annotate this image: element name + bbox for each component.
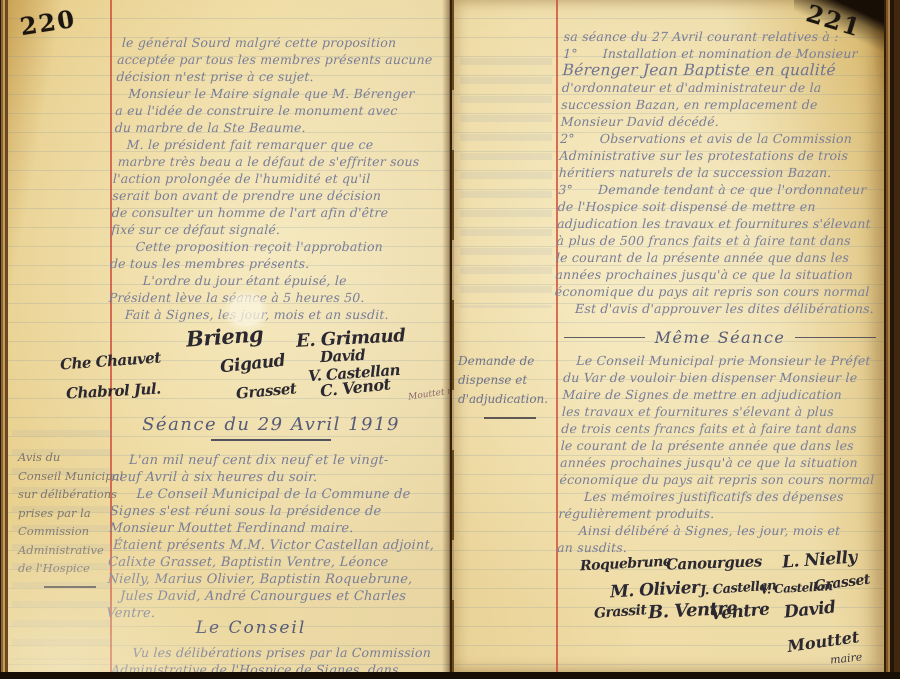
margin-note-line: Commission xyxy=(18,522,110,541)
margin-note-lines: Avis duConseil Municipalsur délibération… xyxy=(18,448,110,578)
margin-note-line: Administrative xyxy=(18,541,110,560)
manuscript-line: Monsieur le Maire signale que M. Bérenge… xyxy=(116,85,443,102)
signatures-left: BriengE. GrimaudChe ChauvetGigaudDavidV.… xyxy=(8,320,450,415)
manuscript-line: de consulter un homme de l'art afin d'êt… xyxy=(111,204,438,221)
heading-underline xyxy=(211,439,331,441)
signature: Grasset xyxy=(813,572,871,595)
manuscript-line: années prochaines jusqu'à ce que la situ… xyxy=(555,266,868,283)
signature: L. Nielly xyxy=(781,547,857,572)
manuscript-line: du Var de vouloir bien dispenser Monsieu… xyxy=(563,369,878,386)
manuscript-line: succession Bazan, en remplacement de xyxy=(561,96,874,113)
manuscript-line: années prochaines jusqu'à ce que la situ… xyxy=(560,454,875,471)
left-page-text-block-2: L'an mil neuf cent dix neuf et le vingt-… xyxy=(106,452,446,622)
manuscript-line: Calixte Grasset, Baptistin Ventre, Léonc… xyxy=(108,554,443,571)
manuscript-line: décision n'est prise à ce sujet. xyxy=(116,68,443,85)
signature: Roquebrune xyxy=(580,554,672,575)
manuscript-line: Vu les délibérations prises par la Commi… xyxy=(111,644,444,661)
folio-number-left: 220 xyxy=(18,4,78,41)
margin-note-lines: Demande dedispense etd'adjudication. xyxy=(458,352,558,409)
manuscript-line: serait bon avant de prendre une décision xyxy=(112,187,439,204)
manuscript-line: de trois cents francs faits et à faire t… xyxy=(561,420,876,437)
manuscript-line: Le Conseil Municipal de la Commune de xyxy=(110,486,445,503)
manuscript-line: Administrative sur les protestations de … xyxy=(559,147,872,164)
session-heading-text: Séance du 29 Avril 1919 xyxy=(142,414,400,435)
margin-note-line: Conseil Municipal xyxy=(18,467,110,486)
right-page-text-block-2: Le Conseil Municipal prie Monsieur le Pr… xyxy=(557,352,878,556)
signature: David xyxy=(783,597,836,622)
manuscript-line: de tous les membres présents. xyxy=(110,255,437,272)
manuscript-line: d'ordonnateur et d'administrateur de la xyxy=(562,79,875,96)
manuscript-line: les travaux et fournitures s'élevant à p… xyxy=(562,403,877,420)
manuscript-line: économique du pays ait repris son cours … xyxy=(555,283,868,300)
page-right: 221 sa séance du 27 Avril courant relati… xyxy=(452,0,884,672)
manuscript-line: Nielly, Marius Olivier, Baptistin Roqueb… xyxy=(107,571,442,588)
margin-note-line: Avis du xyxy=(18,448,110,467)
signature: Chabrol Jul. xyxy=(66,380,162,403)
manuscript-line: Monsieur David décédé. xyxy=(560,113,873,130)
manuscript-line: de l'Hospice soit dispensé de mettre en xyxy=(557,198,870,215)
manuscript-line: fixé sur ce défaut signalé. xyxy=(111,221,438,238)
manuscript-line: Cette proposition reçoit l'approbation xyxy=(110,238,437,255)
signature: Gigaud xyxy=(219,351,286,378)
signature: M. Olivier xyxy=(610,578,700,603)
ink-bleed-through xyxy=(460,58,552,308)
manuscript-line: régulièrement produits. xyxy=(558,505,873,522)
manuscript-line: Est d'avis d'approuver les dites délibér… xyxy=(554,300,867,317)
manuscript-line: sa séance du 27 Avril courant relatives … xyxy=(563,28,876,45)
manuscript-line: Jules David, André Canourgues et Charles xyxy=(107,588,442,605)
margin-note-line: Demande de xyxy=(458,352,558,371)
manuscript-line: Président lève la séance à 5 heures 50. xyxy=(109,289,436,306)
manuscript-line: économique du pays ait repris son cours … xyxy=(559,471,874,488)
manuscript-line: a eu l'idée de construire le monument av… xyxy=(115,102,442,119)
signature: Grassit xyxy=(594,602,647,622)
page-stack-edge-left xyxy=(0,0,8,672)
manuscript-line: Bérenger Jean Baptiste en qualité xyxy=(562,62,875,79)
manuscript-line: Monsieur Mouttet Ferdinand maire. xyxy=(109,520,444,537)
manuscript-line: L'ordre du jour étant épuisé, le xyxy=(109,272,436,289)
margin-note-left: Avis duConseil Municipalsur délibération… xyxy=(18,448,110,588)
manuscript-line: l'action prolongée de l'humidité et qu'i… xyxy=(113,170,440,187)
manuscript-line: Étaient présents M.M. Victor Castellan a… xyxy=(108,537,443,554)
margin-note-line: dispense et xyxy=(458,371,558,390)
manuscript-line: Administrative de l'Hospice de Signes, d… xyxy=(111,661,444,672)
subheading-le-conseil: Le Conseil xyxy=(112,618,390,638)
manuscript-line: 3° Demande tendant à ce que l'ordonnateu… xyxy=(558,181,871,198)
page-stack-edge-right xyxy=(884,0,900,672)
signature: Ventre xyxy=(709,599,770,624)
margin-note-right: Demande dedispense etd'adjudication. xyxy=(458,352,558,419)
signature: Canourgues xyxy=(666,552,762,573)
signature: Grasset xyxy=(235,379,297,402)
manuscript-line: marbre très beau a le défaut de s'effrit… xyxy=(113,153,440,170)
manuscript-line: le courant de la présente année que dans… xyxy=(560,437,875,454)
signatures-right: RoquebruneCanourguesL. NiellyM. OlivierJ… xyxy=(452,548,884,672)
manuscript-line: du marbre de la Ste Beaume. xyxy=(114,119,441,136)
margin-note-line: de l'Hospice xyxy=(18,559,110,578)
manuscript-line: neuf Avril à six heures du soir. xyxy=(111,469,446,486)
manuscript-line: Le Conseil Municipal prie Monsieur le Pr… xyxy=(563,352,878,369)
manuscript-line: le courant de la présente année que dans… xyxy=(556,249,869,266)
manuscript-line: 1° Installation et nomination de Monsieu… xyxy=(563,45,876,62)
manuscript-line: à plus de 500 francs faits et à faire ta… xyxy=(556,232,869,249)
right-page-text-block-1: sa séance du 27 Avril courant relatives … xyxy=(554,28,876,317)
session-heading: Séance du 29 Avril 1919 xyxy=(112,414,430,441)
manuscript-line: L'an mil neuf cent dix neuf et le vingt- xyxy=(111,452,446,469)
signature: Brieng xyxy=(185,321,264,351)
left-page-text-block-3: Vu les délibérations prises par la Commi… xyxy=(111,644,444,672)
margin-note-underline xyxy=(44,586,96,588)
section-heading-meme-seance: Même Séance xyxy=(564,328,876,347)
manuscript-line: M. le président fait remarquer que ce xyxy=(114,136,441,153)
book-bottom-edge xyxy=(0,672,900,679)
margin-note-line: sur délibérations xyxy=(18,485,110,504)
manuscript-line: 2° Observations et avis de la Commission xyxy=(560,130,873,147)
page-left: 220 Avis duConseil Municipalsur délibéra… xyxy=(8,0,450,672)
manuscript-line: acceptée par tous les membres présents a… xyxy=(117,51,444,68)
manuscript-line: Ainsi délibéré à Signes, les jour, mois … xyxy=(557,522,872,539)
manuscript-line: le général Sourd malgré cette propositio… xyxy=(117,34,444,51)
margin-note-line: prises par la xyxy=(18,504,110,523)
manuscript-line: Signes s'est réuni sous la présidence de xyxy=(110,503,445,520)
margin-note-underline xyxy=(484,417,536,419)
manuscript-line: Les mémoires justificatifs des dépenses xyxy=(559,488,874,505)
manuscript-line: adjudication les travaux et fournitures … xyxy=(557,215,870,232)
margin-note-line: d'adjudication. xyxy=(458,390,558,409)
manuscript-line: Maire de Signes de mettre en adjudicatio… xyxy=(562,386,877,403)
section-heading-text: Même Séance xyxy=(655,328,786,347)
left-page-text-block-1: le général Sourd malgré cette propositio… xyxy=(108,34,444,323)
manuscript-line: héritiers naturels de la succession Baza… xyxy=(559,164,872,181)
register-photo: 220 Avis duConseil Municipalsur délibéra… xyxy=(0,0,900,679)
signature: Che Chauvet xyxy=(59,349,161,374)
